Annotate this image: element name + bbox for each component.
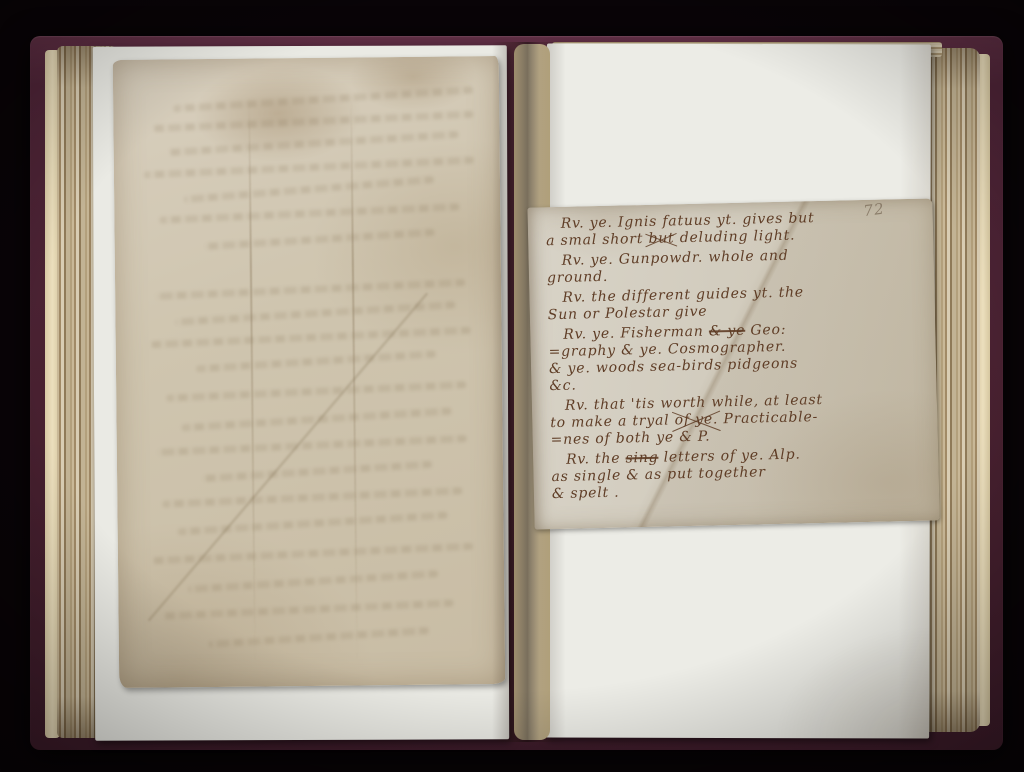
ghost-writing-line	[205, 229, 435, 250]
ghost-writing-line	[155, 279, 465, 300]
note-text-segment: letters of ye. Alp.	[658, 447, 801, 466]
note-text-segment: Rv. ye. Fisherman	[563, 324, 709, 343]
ghost-writing-line	[163, 599, 453, 619]
ghost-writing-line	[144, 157, 474, 179]
note-text-segment: deluding light.	[674, 228, 795, 247]
note-text-segment: as single & as put together	[551, 464, 766, 485]
ghost-writing-line	[153, 543, 473, 565]
folio-number: 72	[862, 200, 885, 221]
note-text-segment: Practicable-	[718, 409, 818, 427]
note-text: Rv. ye. Ignis fatuus yt. gives buta smal…	[546, 209, 857, 503]
note-crossed-out-text: & ye	[709, 323, 746, 340]
note-text-segment: to make a tryal	[550, 412, 675, 431]
note-text-segment: & spelt .	[552, 485, 620, 503]
note-text-segment: Geo:	[745, 322, 786, 339]
ghost-writing-line	[182, 407, 452, 431]
note-crossed-out-text: sing	[625, 450, 658, 467]
note-text-segment: Sun or Polestar give	[548, 304, 708, 324]
ghost-writing-line	[196, 350, 436, 372]
note-text-segment: &c.	[549, 378, 577, 395]
note-crossed-out-text: but	[648, 230, 674, 248]
ghost-writing-line	[157, 435, 467, 456]
ghost-writing-line	[169, 131, 459, 156]
ghost-writing-line	[166, 381, 466, 402]
ghost-writing-line	[159, 203, 459, 224]
note-text-segment: =nes of both ye & P.	[550, 429, 710, 449]
ghost-writing-line	[153, 111, 473, 133]
ghost-writing-line	[202, 461, 432, 482]
ghost-writing-line	[173, 86, 473, 112]
ghost-writing-line	[188, 570, 438, 593]
manuscript-photograph: 72 Rv. ye. Ignis fatuus yt. gives buta s…	[0, 0, 1024, 772]
ghost-writing-line	[175, 301, 455, 326]
pasted-manuscript-note: 72 Rv. ye. Ignis fatuus yt. gives buta s…	[527, 198, 939, 529]
note-text-segment: a smal short	[546, 231, 649, 249]
ghost-writing-line	[162, 487, 462, 508]
ghost-writing-line	[151, 327, 471, 349]
leaf-vertical-crease	[248, 96, 256, 661]
left-manuscript-leaf	[113, 56, 506, 688]
ghost-writing-line	[209, 627, 429, 648]
note-text-segment: Rv. the	[566, 450, 626, 467]
note-crossed-out-text: of ye.	[675, 411, 719, 429]
ghost-writing-line	[184, 176, 434, 203]
note-text-segment: ground.	[547, 269, 608, 286]
ghost-writing-line	[178, 512, 448, 536]
